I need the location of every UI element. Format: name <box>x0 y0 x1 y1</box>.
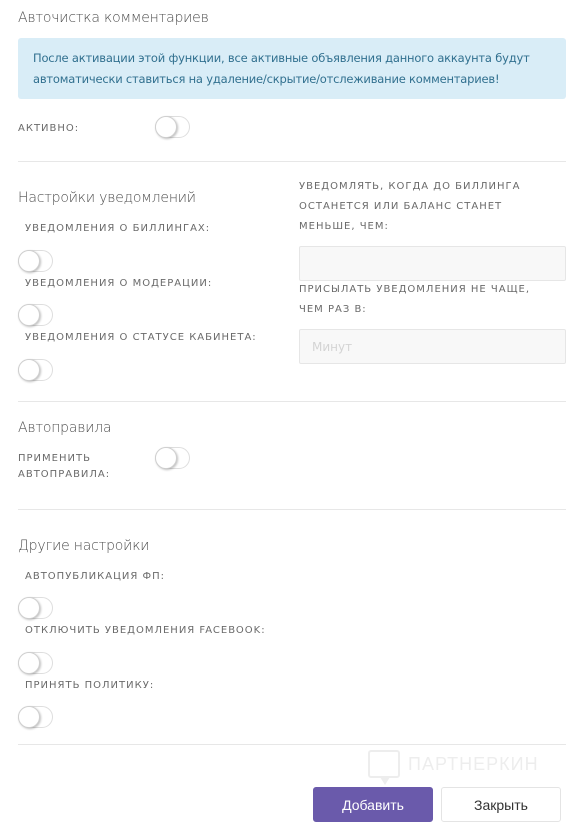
billing-notifications-toggle[interactable] <box>18 250 53 272</box>
watermark-text: ПАРТНЕРКИН <box>408 754 539 775</box>
autorules-title: Автоправила <box>18 420 111 436</box>
divider <box>18 509 566 510</box>
frequency-label: Присылать уведомления не чаще, чем раз в… <box>299 280 559 320</box>
divider <box>18 401 566 402</box>
apply-autorules-toggle[interactable] <box>155 447 190 469</box>
watermark: ПАРТНЕРКИН <box>368 750 539 778</box>
accept-policy-toggle[interactable] <box>18 706 53 728</box>
autopublish-fp-label: Автопубликация ФП: <box>25 567 165 587</box>
autoclean-active-toggle[interactable] <box>155 116 190 138</box>
toggle-knob <box>18 250 40 272</box>
other-settings-title: Другие настройки <box>18 538 149 554</box>
disable-facebook-notifications-toggle[interactable] <box>18 652 53 674</box>
disable-facebook-notifications-label: Отключить уведомления Facebook: <box>25 621 266 641</box>
toggle-knob <box>18 706 40 728</box>
toggle-knob <box>18 359 40 381</box>
cabinet-status-notifications-label: Уведомления о статусе кабинета: <box>25 328 257 348</box>
divider <box>18 161 566 162</box>
moderation-notifications-toggle[interactable] <box>18 304 53 326</box>
close-button[interactable]: Закрыть <box>441 787 561 822</box>
cabinet-status-notifications-toggle[interactable] <box>18 359 53 381</box>
add-button[interactable]: Добавить <box>313 787 433 822</box>
autopublish-fp-toggle[interactable] <box>18 597 53 619</box>
autoclean-title: Авточистка комментариев <box>18 10 209 26</box>
divider <box>18 744 566 745</box>
accept-policy-label: Принять политику: <box>25 676 154 696</box>
chat-bubble-glasses-icon <box>368 750 400 778</box>
frequency-minutes-input[interactable] <box>299 329 566 364</box>
moderation-notifications-label: Уведомления о модерации: <box>25 274 212 294</box>
apply-autorules-label: Применить автоправила: <box>18 451 128 483</box>
autoclean-active-label: Активно: <box>18 119 79 139</box>
toggle-knob <box>155 447 177 469</box>
threshold-input[interactable] <box>299 246 566 281</box>
toggle-knob <box>18 597 40 619</box>
billing-notifications-label: Уведомления о биллингах: <box>25 219 210 239</box>
toggle-knob <box>155 116 177 138</box>
toggle-knob <box>18 304 40 326</box>
toggle-knob <box>18 652 40 674</box>
threshold-label: Уведомлять, когда до биллинга останется … <box>299 177 559 237</box>
autoclean-info-alert: После активации этой функции, все активн… <box>18 38 566 99</box>
notifications-title: Настройки уведомлений <box>18 190 196 206</box>
